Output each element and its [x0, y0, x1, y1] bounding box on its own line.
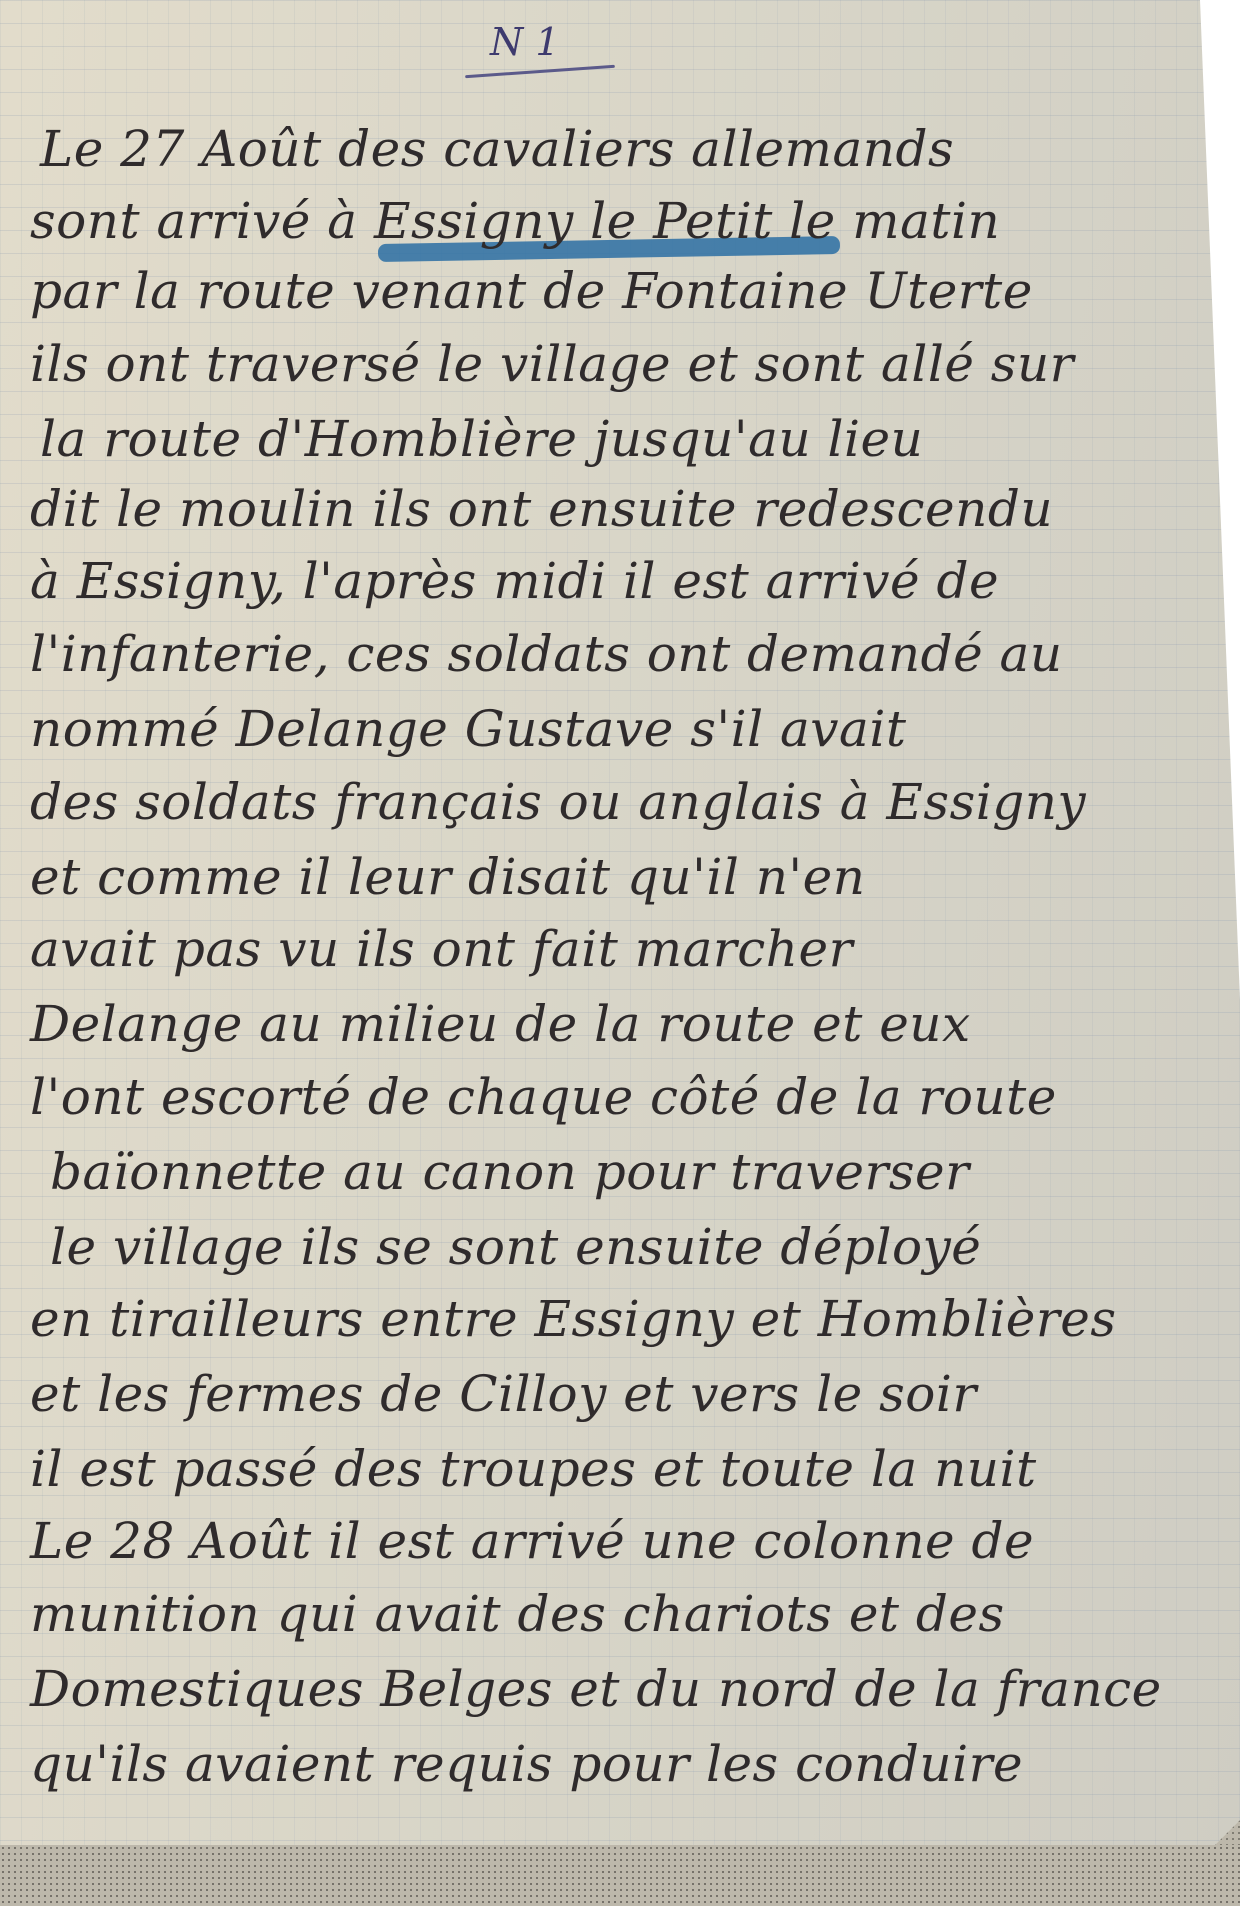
page-number: N 1 — [490, 20, 560, 64]
manuscript-line: Le 27 Août des cavaliers allemands — [40, 120, 954, 178]
manuscript-line: dit le moulin ils ont ensuite redescendu — [30, 480, 1053, 538]
manuscript-line: il est passé des troupes et toute la nui… — [30, 1440, 1037, 1498]
manuscript-line: nommé Delange Gustave s'il avait — [30, 700, 906, 758]
manuscript-line: l'infanterie, ces soldats ont demandé au — [30, 625, 1063, 683]
manuscript-line: l'ont escorté de chaque côté de la route — [30, 1068, 1057, 1126]
manuscript-line: la route d'Homblière jusqu'au lieu — [40, 410, 923, 468]
manuscript-line: Domestiques Belges et du nord de la fran… — [30, 1660, 1162, 1718]
manuscript-line: munition qui avait des chariots et des — [30, 1585, 1005, 1643]
manuscript-line: avait pas vu ils ont fait marcher — [30, 920, 853, 978]
manuscript-line: à Essigny, l'après midi il est arrivé de — [30, 552, 999, 610]
manuscript-line: qu'ils avaient requis pour les conduire — [30, 1735, 1023, 1793]
scan-background — [0, 1845, 1240, 1906]
manuscript-line: des soldats français ou anglais à Essign… — [30, 773, 1086, 831]
manuscript-line: Delange au milieu de la route et eux — [30, 995, 971, 1053]
manuscript-line: le village ils se sont ensuite déployé — [50, 1218, 981, 1276]
manuscript-line: Le 28 Août il est arrivé une colonne de — [30, 1512, 1034, 1570]
manuscript-line: en tirailleurs entre Essigny et Homblièr… — [30, 1290, 1117, 1348]
manuscript-line: et les fermes de Cilloy et vers le soir — [30, 1365, 977, 1423]
manuscript-line: ils ont traversé le village et sont allé… — [30, 335, 1074, 393]
manuscript-line: et comme il leur disait qu'il n'en — [30, 848, 865, 906]
manuscript-line: par la route venant de Fontaine Uterte — [30, 262, 1033, 320]
manuscript-line: baïonnette au canon pour traverser — [50, 1143, 970, 1201]
manuscript-line: sont arrivé à Essigny le Petit le matin — [30, 192, 1000, 250]
